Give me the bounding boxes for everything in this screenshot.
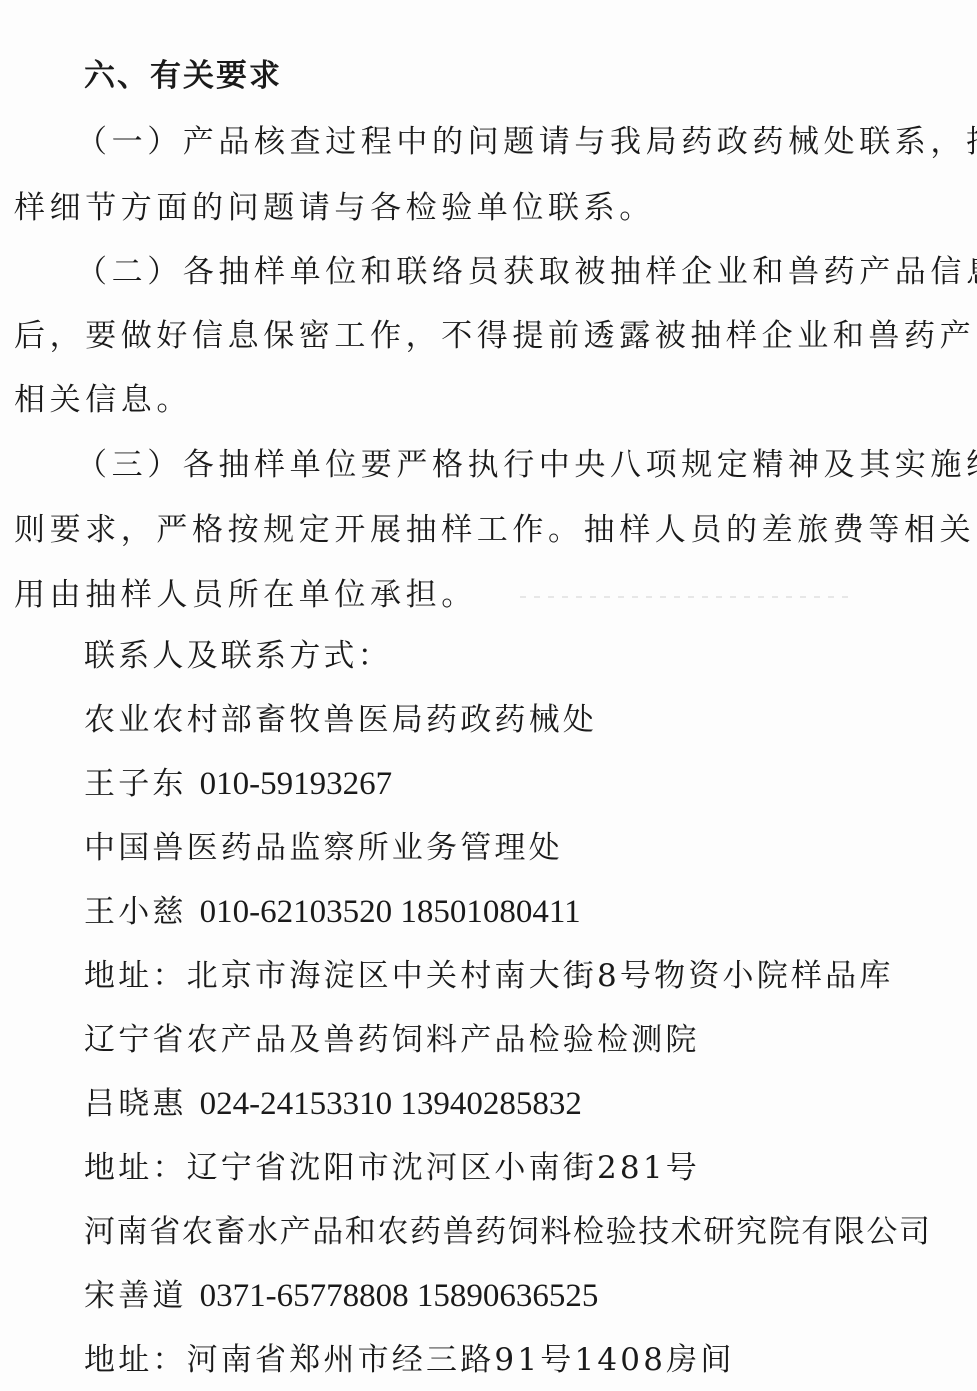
- contact-4-address-line: 地址：河南省郑州市经三路91号1408房间: [84, 1340, 735, 1380]
- contact-3-org: 辽宁省农产品及兽药饲料产品检验检测院: [84, 1020, 700, 1060]
- section-heading: 六、有关要求: [84, 56, 282, 96]
- contact-2-address-line: 地址：北京市海淀区中关村南大街8号物资小院样品库: [84, 956, 894, 996]
- contact-4-org: 河南省农畜水产品和农药兽药饲料检验技术研究院有限公司: [84, 1212, 932, 1252]
- contact-2-name: 王小慈: [84, 894, 187, 930]
- contact-1-org: 农业农村部畜牧兽医局药政药械处: [84, 700, 597, 740]
- requirement-2-line-1: （二）各抽样单位和联络员获取被抽样企业和兽药产品信息: [76, 252, 977, 292]
- contact-4-phones: 0371-65778808 15890636525: [200, 1278, 599, 1314]
- requirement-3-line-1: （三）各抽样单位要严格执行中央八项规定精神及其实施细: [76, 445, 977, 485]
- contact-3-address: 辽宁省沈阳市沈河区小南街281号: [187, 1150, 700, 1186]
- scan-artifact: [520, 596, 850, 598]
- requirement-1-line-1: （一）产品核查过程中的问题请与我局药政药械处联系，抽: [76, 122, 977, 162]
- contact-4-address: 河南省郑州市经三路91号1408房间: [187, 1342, 735, 1378]
- contact-2-person: 王小慈 010-62103520 18501080411: [84, 892, 581, 932]
- contact-3-phones: 024-24153310 13940285832: [200, 1086, 582, 1122]
- contact-4-address-label: 地址：: [84, 1342, 187, 1378]
- contacts-title: 联系人及联系方式：: [84, 636, 392, 676]
- contact-4-name: 宋善道: [84, 1278, 187, 1314]
- requirement-1-line-2: 样细节方面的问题请与各检验单位联系。: [14, 188, 655, 228]
- contact-1-person: 王子东 010-59193267: [84, 764, 392, 804]
- contact-4-person: 宋善道 0371-65778808 15890636525: [84, 1276, 598, 1316]
- document-page: 六、有关要求 （一）产品核查过程中的问题请与我局药政药械处联系，抽 样细节方面的…: [0, 0, 977, 1391]
- contact-2-address: 北京市海淀区中关村南大街8号物资小院样品库: [187, 958, 894, 994]
- contact-3-address-line: 地址：辽宁省沈阳市沈河区小南街281号: [84, 1148, 700, 1188]
- contact-2-address-label: 地址：: [84, 958, 187, 994]
- contact-2-phones: 010-62103520 18501080411: [200, 894, 581, 930]
- contact-1-name: 王子东: [84, 766, 187, 802]
- requirement-3-line-3: 用由抽样人员所在单位承担。: [14, 575, 477, 615]
- requirement-2-line-3: 相关信息。: [14, 380, 192, 420]
- contact-3-name: 吕晓惠: [84, 1086, 187, 1122]
- contact-3-person: 吕晓惠 024-24153310 13940285832: [84, 1084, 582, 1124]
- contact-3-address-label: 地址：: [84, 1150, 187, 1186]
- requirement-2-line-2: 后，要做好信息保密工作，不得提前透露被抽样企业和兽药产品: [14, 316, 977, 356]
- contact-2-org: 中国兽医药品监察所业务管理处: [84, 828, 563, 868]
- contact-1-phones: 010-59193267: [200, 766, 393, 802]
- requirement-3-line-2: 则要求，严格按规定开展抽样工作。抽样人员的差旅费等相关费: [14, 510, 977, 550]
